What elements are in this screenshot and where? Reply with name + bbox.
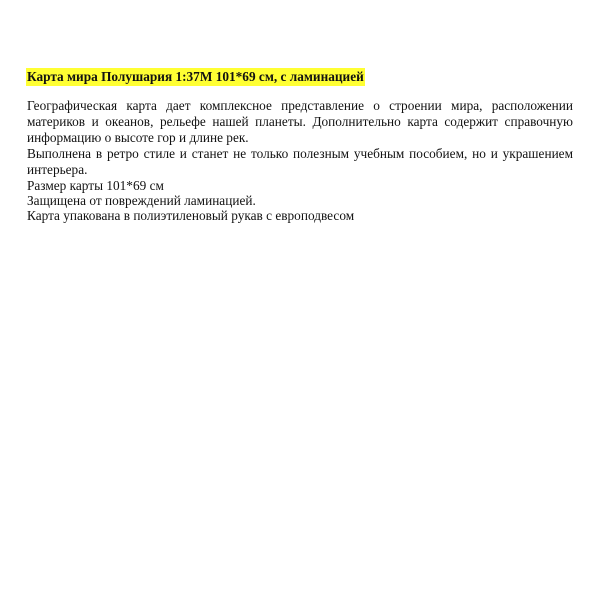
document-body: Географическая карта дает комплексное пр… — [27, 98, 573, 223]
paragraph-size: Размер карты 101*69 см — [27, 178, 573, 193]
paragraph-description: Географическая карта дает комплексное пр… — [27, 98, 573, 146]
document: Карта мира Полушария 1:37М 101*69 см, с … — [27, 68, 573, 223]
paragraph-packaging: Карта упакована в полиэтиленовый рукав с… — [27, 208, 573, 223]
document-title: Карта мира Полушария 1:37М 101*69 см, с … — [26, 68, 365, 86]
paragraph-style: Выполнена в ретро стиле и станет не толь… — [27, 146, 573, 178]
paragraph-lamination: Защищена от повреждений ламинацией. — [27, 193, 573, 208]
